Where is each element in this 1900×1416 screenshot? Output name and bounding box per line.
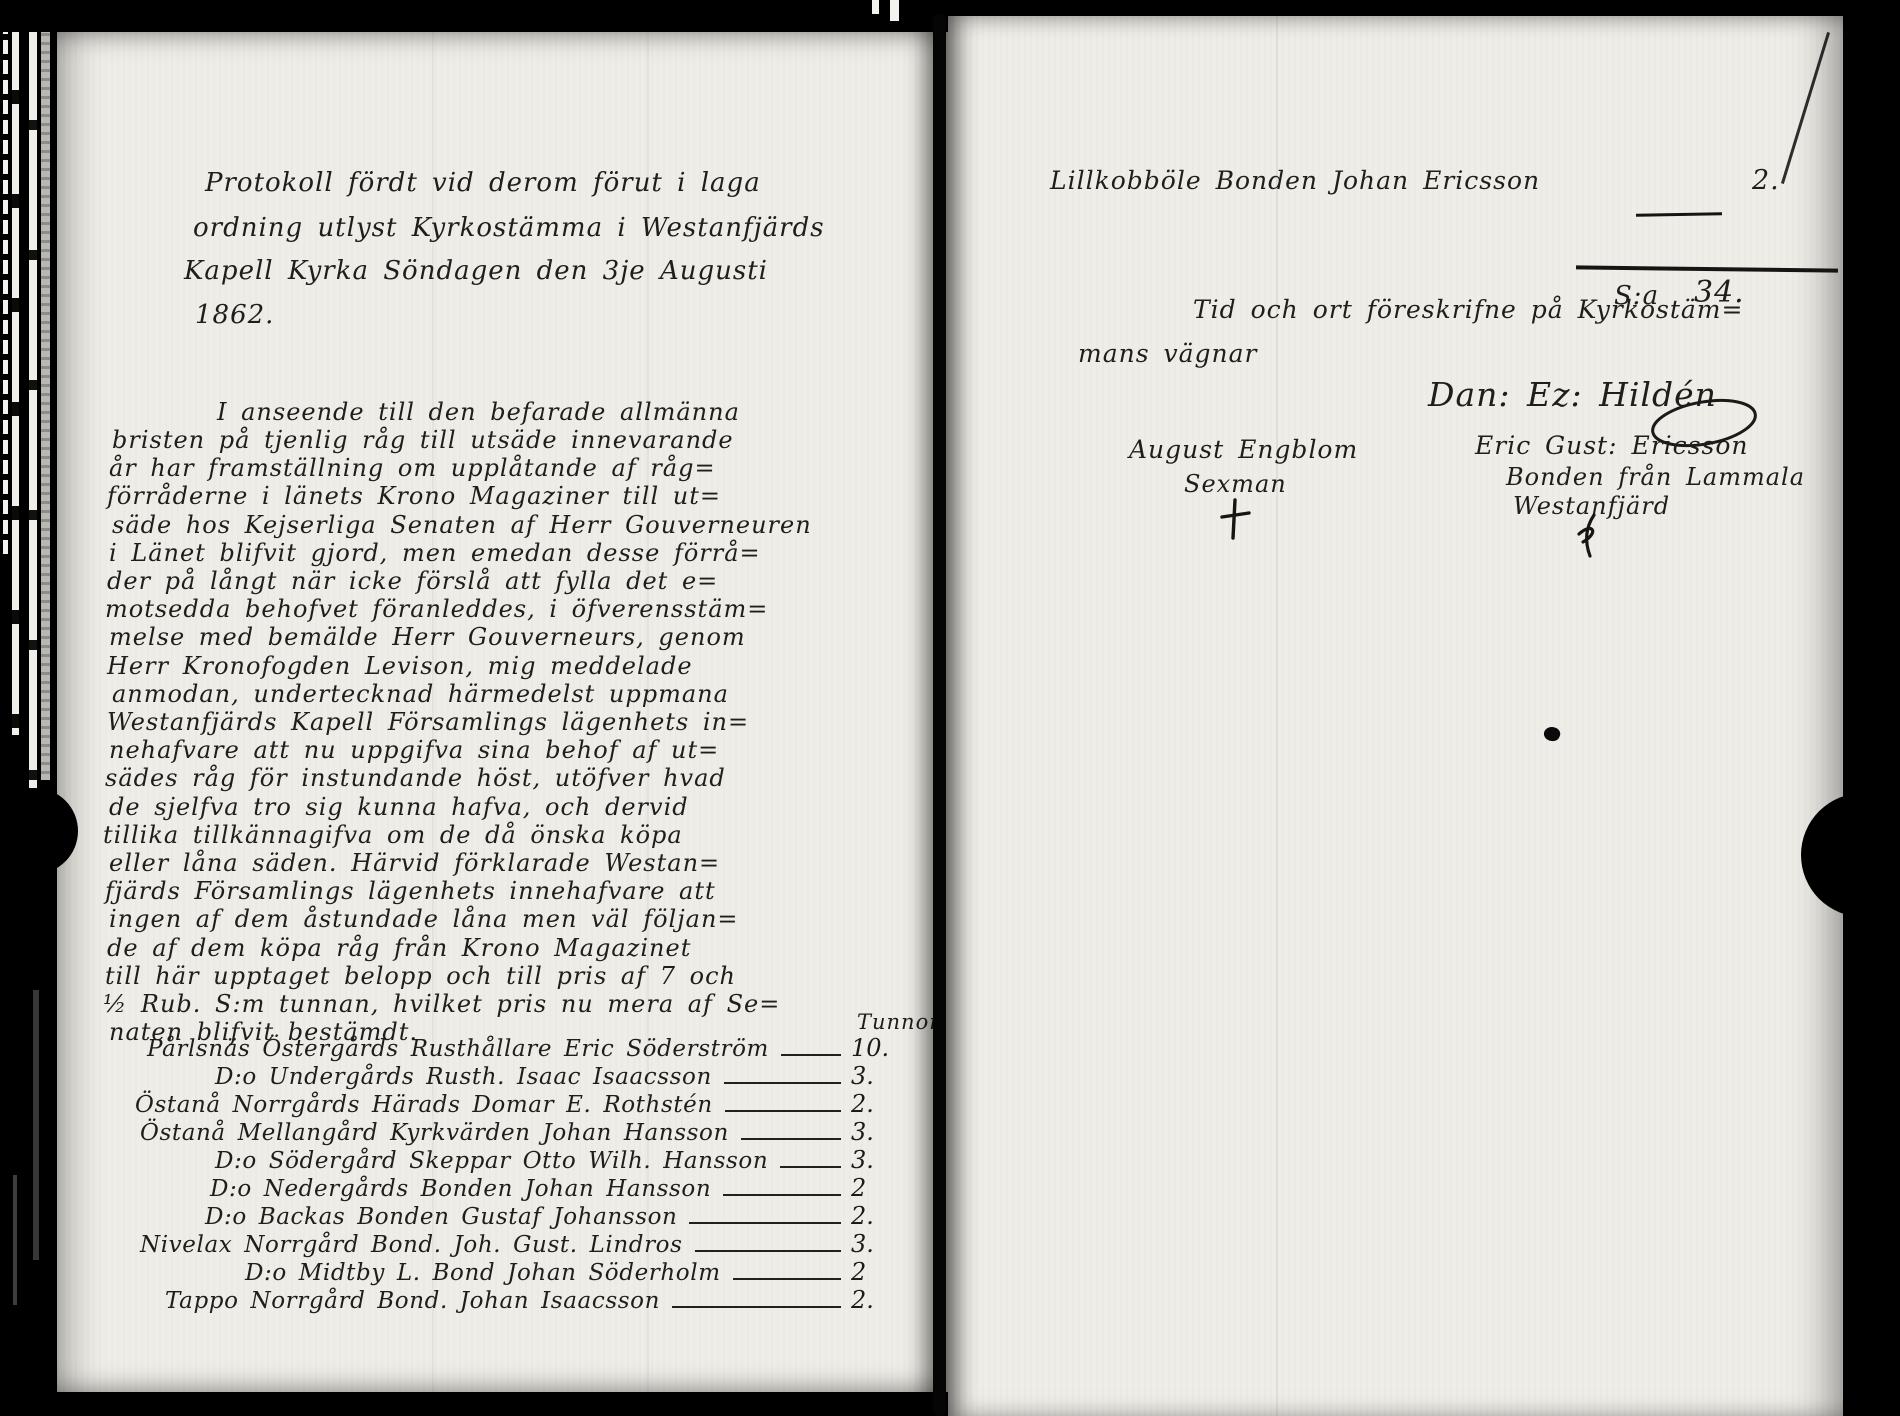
body-line: motsedda behofvet föranleddes, i öfveren… [105, 595, 768, 623]
body-line: Westanfjärds Kapell Församlings lägenhet… [107, 708, 749, 736]
leader-dash [741, 1138, 841, 1140]
film-streak [3, 0, 8, 560]
list-item: Tappo Norrgård Bond. Johan Isaacsson2. [165, 1286, 903, 1315]
barrel-count: 3. [851, 1230, 903, 1258]
leader-dash [695, 1250, 841, 1252]
film-streak [33, 990, 39, 1260]
list-item: D:o Backas Bonden Gustaf Johansson2. [205, 1202, 903, 1231]
body-line: i Länet blifvit gjord, men emedan desse … [109, 539, 761, 567]
leader-dash [733, 1278, 841, 1280]
list-item: D:o Undergårds Rusth. Isaac Isaacsson3. [215, 1062, 903, 1091]
heading-line: Protokoll fördt vid derom förut i laga [205, 168, 761, 198]
farm-name: D:o Södergård Skeppar Otto Wilh. Hansson [215, 1148, 768, 1174]
sum-rule [1576, 265, 1838, 272]
witness-left-name: August Engblom [1129, 435, 1358, 464]
body-line: ½ Rub. S:m tunnan, hvilket pris nu mera … [103, 990, 780, 1018]
leader-dash [780, 1166, 841, 1168]
film-streak [13, 1175, 17, 1305]
barrel-count: 2. [851, 1286, 903, 1314]
body-line: anmodan, undertecknad härmedelst uppmana [112, 680, 729, 708]
body-line: bristen på tjenlig råg till utsäde innev… [112, 426, 734, 454]
closing-line: mans vägnar [1078, 339, 1257, 368]
body-line: de af dem köpa råg från Krono Magazinet [107, 934, 691, 962]
witness-cross-mark-icon [1218, 497, 1252, 541]
leader-dash [725, 1110, 841, 1112]
body-line: tillika tillkännagifva om de då önska kö… [103, 821, 683, 849]
barrel-count: 2 [851, 1258, 903, 1286]
page-corner-fold [1781, 32, 1830, 184]
leader-dash [781, 1054, 841, 1056]
body-line: år har framställning om upplåtande af rå… [109, 454, 716, 482]
film-edge-strip [0, 0, 62, 1416]
book-spine-gutter [933, 14, 946, 1416]
farm-name: D:o Backas Bonden Gustaf Johansson [205, 1204, 677, 1230]
barrel-count: 10. [851, 1034, 903, 1062]
farm-name: Pårlsnäs Östergårds Rusthållare Eric Söd… [147, 1036, 769, 1062]
farm-name: D:o Undergårds Rusth. Isaac Isaacsson [215, 1064, 712, 1090]
witness-left-title: Sexman [1184, 470, 1287, 498]
right-page: Lillkobböle Bonden Johan Ericsson 2. S:a… [946, 15, 1843, 1416]
bottom-black-bar [0, 1392, 948, 1416]
farm-name: Östanå Mellangård Kyrkvärden Johan Hanss… [140, 1120, 729, 1146]
heading-line: Kapell Kyrka Söndagen den 3je Augusti [184, 256, 768, 286]
film-frame-mark [890, 0, 899, 21]
witness-house-mark-icon [1574, 512, 1604, 560]
scanned-book-spread: Protokoll fördt vid derom förut i laga o… [0, 0, 1900, 1416]
top-black-bar [948, 0, 1900, 16]
barrel-count: 2. [851, 1090, 903, 1118]
witness-right-line2: Bonden från Lammala [1506, 463, 1805, 491]
body-line: de sjelfva tro sig kunna hafva, och derv… [109, 793, 689, 821]
top-black-bar [0, 0, 948, 32]
body-line: der på långt när icke förslå att fylla d… [107, 567, 718, 595]
barrel-count: 3. [851, 1146, 903, 1174]
list-item: Nivelax Norrgård Bond. Joh. Gust. Lindro… [140, 1230, 903, 1259]
farm-name: Nivelax Norrgård Bond. Joh. Gust. Lindro… [140, 1232, 683, 1258]
body-line: fjärds Församlings lägenhets innehafvare… [105, 877, 716, 905]
carry-row-name: Lillkobböle Bonden Johan Ericsson [1050, 166, 1540, 195]
closing-line: Tid och ort föreskrifne på Kyrkostäm= [1193, 295, 1743, 324]
leader-dash [1636, 212, 1722, 217]
heading-line: ordning utlyst Kyrkostämma i Westanfjärd… [193, 213, 825, 243]
ink-blot [1542, 725, 1562, 744]
list-item: Pårlsnäs Östergårds Rusthållare Eric Söd… [147, 1034, 903, 1063]
body-line: förråderne i länets Krono Magaziner till… [107, 482, 721, 510]
farm-name: Tappo Norrgård Bond. Johan Isaacsson [165, 1288, 660, 1314]
barrel-count: 3. [851, 1062, 903, 1090]
column-label-tunnor: Tunnor [857, 1010, 940, 1034]
list-item: D:o Södergård Skeppar Otto Wilh. Hansson… [215, 1146, 903, 1175]
heading-line: 1862. [195, 300, 274, 330]
body-line: Herr Kronofogden Levison, mig meddelade [107, 652, 693, 680]
leader-dash [689, 1222, 841, 1224]
leader-dash [672, 1306, 841, 1308]
body-line: säde hos Kejserliga Senaten af Herr Gouv… [112, 511, 812, 539]
list-item: D:o Midtby L. Bond Johan Söderholm2 [245, 1258, 903, 1287]
film-streak [41, 0, 50, 780]
witness-right-name: Eric Gust: Ericsson [1475, 431, 1748, 460]
right-black-band [1843, 0, 1900, 1416]
farm-name: Östanå Norrgårds Härads Domar E. Rothsté… [135, 1092, 713, 1118]
barrel-count: 2 [851, 1174, 903, 1202]
leader-dash [724, 1082, 841, 1084]
farm-name: D:o Nedergårds Bonden Johan Hansson [210, 1176, 711, 1202]
page-crease [1276, 15, 1278, 1416]
leader-dash [723, 1194, 841, 1196]
film-streak [12, 0, 19, 735]
body-line: eller låna säden. Härvid förklarade West… [109, 849, 720, 877]
carry-row-value: 2. [1752, 165, 1780, 196]
body-line: nehafvare att nu uppgifva sina behof af … [109, 736, 719, 764]
film-streak [29, 0, 37, 790]
body-line: I anseende till den befarade allmänna [217, 398, 740, 426]
list-item: Östanå Mellangård Kyrkvärden Johan Hanss… [140, 1118, 903, 1147]
film-frame-mark [872, 0, 879, 14]
left-page: Protokoll fördt vid derom förut i laga o… [57, 30, 941, 1393]
body-line: melse med bemälde Herr Gouverneurs, geno… [109, 623, 746, 651]
barrel-count: 2. [851, 1202, 903, 1230]
farm-name: D:o Midtby L. Bond Johan Söderholm [245, 1260, 721, 1286]
list-item: Östanå Norrgårds Härads Domar E. Rothsté… [135, 1090, 903, 1119]
list-item: D:o Nedergårds Bonden Johan Hansson2 [210, 1174, 903, 1203]
body-line: ingen af dem åstundade låna men väl följ… [109, 905, 739, 933]
body-line: sädes råg för instundande höst, utöfver … [105, 764, 726, 792]
barrel-count: 3. [851, 1118, 903, 1146]
body-line: till här upptaget belopp och till pris a… [105, 962, 736, 990]
